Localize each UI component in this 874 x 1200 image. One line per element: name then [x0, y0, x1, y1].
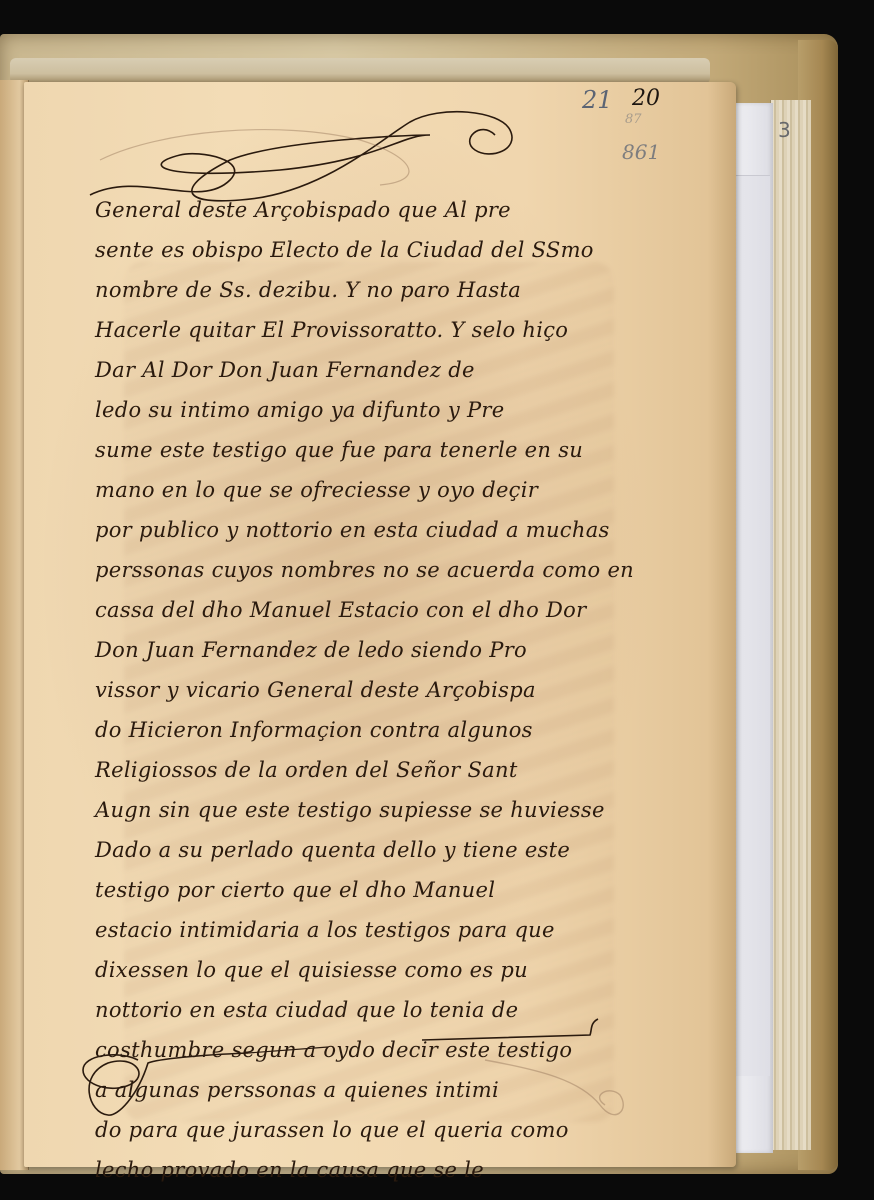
manuscript-line: lecho provado en la causa que se le [95, 1150, 615, 1190]
manuscript-line: ledo su intimo amigo ya difunto y Pre [95, 390, 615, 430]
manuscript-line: sente es obispo Electo de la Ciudad del … [95, 230, 615, 270]
manuscript-line: Don Juan Fernandez de ledo siendo Pro [95, 630, 615, 670]
folio-number-pencil: 21 [582, 86, 613, 114]
manuscript-line: Augn sin que este testigo supiesse se hu… [95, 790, 615, 830]
photo-background: 3 21 20 87 861 General deste Arçobispado… [0, 0, 874, 1200]
closing-line-icon [420, 1015, 600, 1045]
manuscript-line: sume este testigo que fue para tenerle e… [95, 430, 615, 470]
insert-label: 3 [778, 118, 791, 142]
manuscript-line: estacio intimidaria a los testigos para … [95, 910, 615, 950]
cover-top-edge [10, 58, 710, 84]
manuscript-line: dixessen lo que el quisiesse como es pu [95, 950, 615, 990]
manuscript-line: Dar Al Dor Don Juan Fernandez de [95, 350, 615, 390]
folio-sub-number: 861 [622, 140, 660, 164]
bleed-through-flourish-icon [480, 1050, 640, 1130]
manuscript-line: nombre de Ss. dezibu. Y no paro Hasta [95, 270, 615, 310]
manuscript-line: por publico y nottorio en esta ciudad a … [95, 510, 615, 550]
folio-number-ink: 20 [632, 86, 660, 111]
manuscript-line: cassa del dho Manuel Estacio con el dho … [95, 590, 615, 630]
manuscript-line: Dado a su perlado quenta dello y tiene e… [95, 830, 615, 870]
manuscript-line: Hacerle quitar El Provissoratto. Y selo … [95, 310, 615, 350]
manuscript-line: testigo por cierto que el dho Manuel [95, 870, 615, 910]
loose-leaf-stack [770, 100, 811, 1150]
manuscript-line: mano en lo que se ofreciesse y oyo deçir [95, 470, 615, 510]
bottom-flourish-icon [78, 1045, 338, 1125]
manuscript-line: perssonas cuyos nombres no se acuerda co… [95, 550, 615, 590]
manuscript-line: General deste Arçobispado que Al pre [95, 190, 615, 230]
manuscript-line: Religiossos de la orden del Señor Sant [95, 750, 615, 790]
manuscript-line: vissor y vicario General deste Arçobispa [95, 670, 615, 710]
manuscript-line: do Hicieron Informaçion contra algunos [95, 710, 615, 750]
folio-struck-number: 87 [625, 112, 642, 127]
